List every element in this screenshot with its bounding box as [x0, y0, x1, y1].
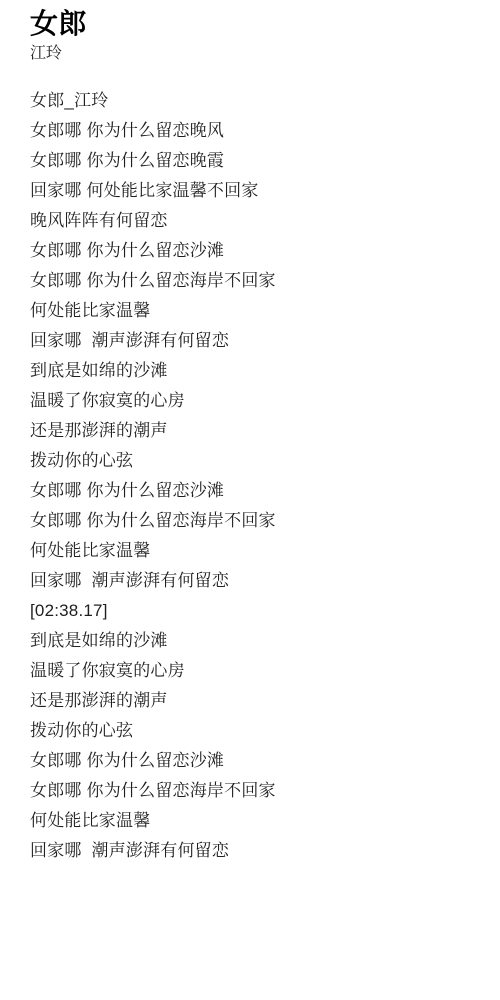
lyrics-page: 女郎 江玲 女郎_江玲 女郎哪 你为什么留恋晚风 女郎哪 你为什么留恋晚霞 回家… [0, 0, 500, 1000]
lyric-line: 温暖了你寂寞的心房 [30, 386, 480, 416]
lyric-line: 女郎哪 你为什么留恋沙滩 [30, 746, 480, 776]
lyric-line: 到底是如绵的沙滩 [30, 626, 480, 656]
lyric-line: 女郎哪 你为什么留恋晚风 [30, 116, 480, 146]
lyric-line: 女郎哪 你为什么留恋沙滩 [30, 236, 480, 266]
lyric-line: 何处能比家温馨 [30, 806, 480, 836]
lyric-line: 回家哪 潮声澎湃有何留恋 [30, 326, 480, 356]
lyric-line: 女郎_江玲 [30, 86, 480, 116]
lyric-line: 女郎哪 你为什么留恋沙滩 [30, 476, 480, 506]
lyric-line: 回家哪 潮声澎湃有何留恋 [30, 566, 480, 596]
lyric-line: 到底是如绵的沙滩 [30, 356, 480, 386]
lyric-line: 晚风阵阵有何留恋 [30, 206, 480, 236]
lyric-line: 女郎哪 你为什么留恋晚霞 [30, 146, 480, 176]
lyric-line: 何处能比家温馨 [30, 296, 480, 326]
lyric-line: 还是那澎湃的潮声 [30, 416, 480, 446]
lyric-line: 还是那澎湃的潮声 [30, 686, 480, 716]
lyric-line: 何处能比家温馨 [30, 536, 480, 566]
lyric-line: 女郎哪 你为什么留恋海岸不回家 [30, 506, 480, 536]
song-title: 女郎 [30, 6, 480, 42]
lyric-line: 回家哪 何处能比家温馨不回家 [30, 176, 480, 206]
lyric-timestamp: [02:38.17] [30, 596, 480, 626]
lyric-line: 女郎哪 你为什么留恋海岸不回家 [30, 776, 480, 806]
lyric-line: 回家哪 潮声澎湃有何留恋 [30, 836, 480, 866]
lyric-line: 温暖了你寂寞的心房 [30, 656, 480, 686]
artist-name: 江玲 [30, 44, 480, 64]
lyrics-block: 女郎_江玲 女郎哪 你为什么留恋晚风 女郎哪 你为什么留恋晚霞 回家哪 何处能比… [30, 86, 480, 866]
lyric-line: 拨动你的心弦 [30, 716, 480, 746]
lyric-line: 拨动你的心弦 [30, 446, 480, 476]
lyric-line: 女郎哪 你为什么留恋海岸不回家 [30, 266, 480, 296]
